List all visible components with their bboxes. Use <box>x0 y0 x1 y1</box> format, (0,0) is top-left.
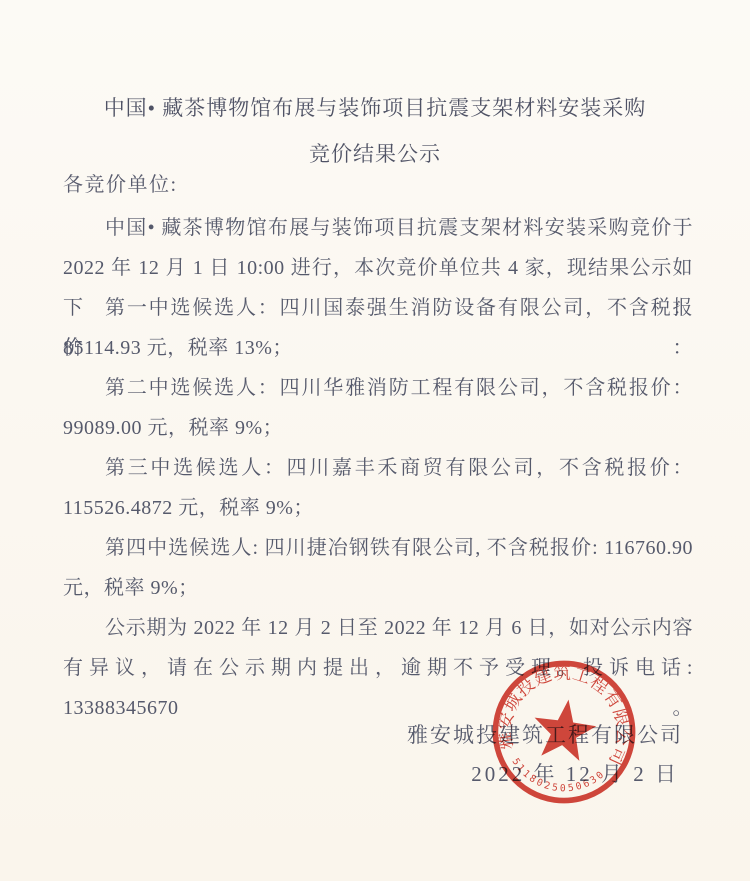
body-line: 99089.00 元，税率 9%； <box>63 408 693 448</box>
body-line: 公示期为 2022 年 12 月 2 日至 2022 年 12 月 6 日，如对… <box>63 608 693 648</box>
announcement-document: 中国• 藏茶博物馆布展与装饰项目抗震支架材料安装采购 竞价结果公示 各竞价单位:… <box>0 0 750 881</box>
seal-star-icon <box>529 695 599 762</box>
document-title-line2: 竞价结果公示 <box>0 138 750 168</box>
body-line: 第四中选候选人: 四川捷冶钢铁有限公司, 不含税报价: 116760.90 <box>63 528 693 568</box>
body-line: 元，税率 9%； <box>63 568 693 608</box>
document-title-line1: 中国• 藏茶博物馆布展与装饰项目抗震支架材料安装采购 <box>0 92 750 122</box>
body-line: 第三中选候选人：四川嘉丰禾商贸有限公司，不含税报价： <box>63 448 693 488</box>
body-line: 中国• 藏茶博物馆布展与装饰项目抗震支架材料安装采购竞价于 <box>63 208 693 248</box>
body-line: 2022 年 12 月 1 日 10:00 进行，本次竞价单位共 4 家，现结果… <box>63 248 693 288</box>
official-seal: 雅安城投建筑工程有限公司 5118025050630 <box>466 634 663 831</box>
document-body: 中国• 藏茶博物馆布展与装饰项目抗震支架材料安装采购竞价于 2022 年 12 … <box>63 208 693 688</box>
body-line: 第一中选候选人：四川国泰强生消防设备有限公司，不含税报价： <box>63 288 693 328</box>
salutation: 各竞价单位: <box>63 168 178 197</box>
body-line: 115526.4872 元，税率 9%； <box>63 488 693 528</box>
body-line: 第二中选候选人：四川华雅消防工程有限公司，不含税报价： <box>63 368 693 408</box>
